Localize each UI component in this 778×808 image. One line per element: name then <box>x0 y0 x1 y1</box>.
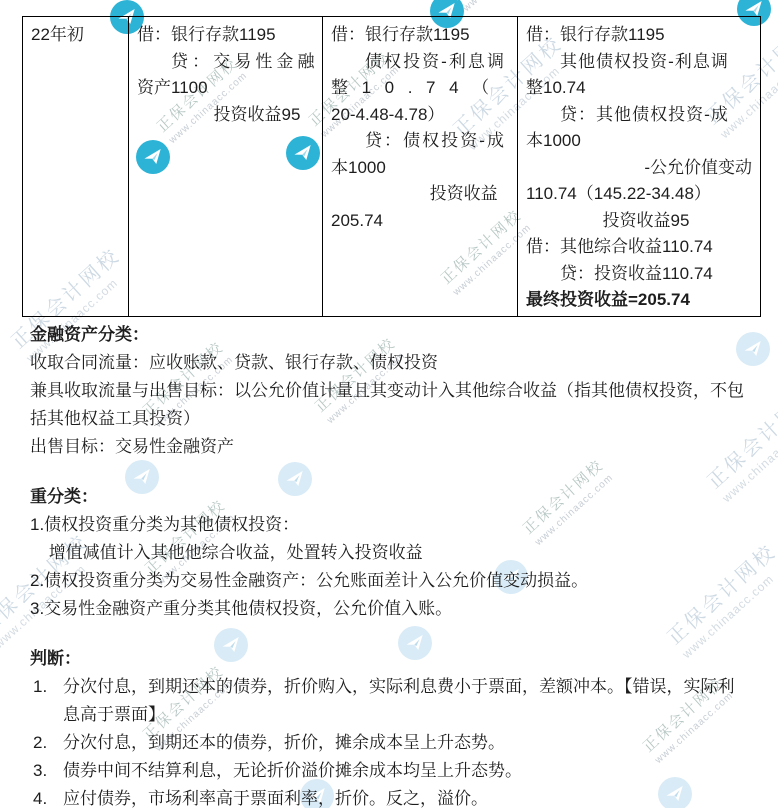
journal-line: 投资收益95 <box>526 208 752 235</box>
table-row: 22年初 借：银行存款1195 贷：交易性金融 资产1100 投资收益95 借：… <box>23 17 761 317</box>
journal-line: 贷：债权投资-成 <box>331 128 509 155</box>
journal-line: 借：银行存款1195 <box>137 22 314 49</box>
paragraph-line: 3.交易性金融资产重分类其他债权投资，公允价值入账。 <box>30 595 748 623</box>
paragraph-line: 出售目标：交易性金融资产 <box>30 433 748 461</box>
journal-line: 205.74 <box>331 208 509 235</box>
journal-line: 本1000 <box>331 155 509 182</box>
item-text: 分次付息，到期还本的债券，折价购入，实际利息费小于票面，差额冲本。【错误，实际利… <box>63 677 735 724</box>
journal-line: 投资收益 <box>331 181 509 208</box>
entry-cell-trading-asset: 借：银行存款1195 贷：交易性金融 资产1100 投资收益95 <box>129 17 323 317</box>
journal-line: 其他债权投资-利息调 <box>526 49 752 76</box>
journal-line: 债权投资-利息调 <box>331 49 509 76</box>
item-text: 应付债券，市场利率高于票面利率，折价。反之，溢价。 <box>63 789 488 808</box>
final-investment-income-line: 最终投资收益=205.74 <box>526 287 752 314</box>
page: { "page": { "background": "#ffffff", "te… <box>0 0 778 808</box>
period-cell: 22年初 <box>23 17 129 317</box>
item-text: 债券中间不结算利息，无论折价溢价摊余成本均呈上升态势。 <box>63 761 522 780</box>
judgement-item: 2. 分次付息，到期还本的债券，折价，摊余成本呈上升态势。 <box>30 729 748 757</box>
journal-line: 贷：投资收益110.74 <box>526 261 752 288</box>
paragraph-line: 2.债权投资重分类为交易性金融资产：公允账面差计入公允价值变动损益。 <box>30 567 748 595</box>
section-reclassification: 重分类： 1.债权投资重分类为其他债权投资： 增值减值计入其他他综合收益，处置转… <box>30 483 748 623</box>
item-text: 分次付息，到期还本的债券，折价，摊余成本呈上升态势。 <box>63 733 505 752</box>
paragraph-line: 收取合同流量：应收账款、贷款、银行存款、债权投资 <box>30 349 748 377</box>
paragraph-line: 1.债权投资重分类为其他债权投资： <box>30 511 748 539</box>
journal-line: 借：银行存款1195 <box>526 22 752 49</box>
entry-cell-debt-investment: 借：银行存款1195 债权投资-利息调 整10.74（ 20-4.48-4.78… <box>323 17 518 317</box>
item-number: 4. <box>33 785 47 808</box>
document-content: 22年初 借：银行存款1195 贷：交易性金融 资产1100 投资收益95 借：… <box>0 0 778 808</box>
section-classification: 金融资产分类： 收取合同流量：应收账款、贷款、银行存款、债权投资 兼具收取流量与… <box>30 321 748 461</box>
paragraph-line: 增值减值计入其他他综合收益，处置转入投资收益 <box>30 539 748 567</box>
notes-content: 金融资产分类： 收取合同流量：应收账款、贷款、银行存款、债权投资 兼具收取流量与… <box>30 321 748 808</box>
journal-line: 20-4.48-4.78） <box>331 102 509 129</box>
judgement-item: 1. 分次付息，到期还本的债券，折价购入，实际利息费小于票面，差额冲本。【错误，… <box>30 673 748 729</box>
paragraph-line: 兼具收取流量与出售目标：以公允价值计量且其变动计入其他综合收益（指其他债权投资，… <box>30 377 748 433</box>
period-label: 22年初 <box>31 22 120 49</box>
section-heading: 金融资产分类： <box>30 321 748 349</box>
journal-line: 投资收益95 <box>137 102 314 129</box>
journal-line: 贷：交易性金融 <box>137 49 314 76</box>
item-number: 3. <box>33 757 47 785</box>
journal-line: 本1000 <box>526 128 752 155</box>
judgement-item: 4. 应付债券，市场利率高于票面利率，折价。反之，溢价。 <box>30 785 748 808</box>
journal-line: 借：银行存款1195 <box>331 22 509 49</box>
judgement-list: 1. 分次付息，到期还本的债券，折价购入，实际利息费小于票面，差额冲本。【错误，… <box>30 673 748 808</box>
journal-line: 借：其他综合收益110.74 <box>526 234 752 261</box>
section-heading: 判断： <box>30 645 748 673</box>
judgement-item: 3. 债券中间不结算利息，无论折价溢价摊余成本均呈上升态势。 <box>30 757 748 785</box>
journal-line: -公允价值变动 <box>526 155 752 182</box>
entry-cell-other-debt-investment: 借：银行存款1195 其他债权投资-利息调 整10.74 贷：其他债权投资-成 … <box>518 17 761 317</box>
journal-line: 整10.74（ <box>331 75 509 102</box>
item-number: 1. <box>33 673 47 701</box>
journal-line: 整10.74 <box>526 75 752 102</box>
journal-line: 资产1100 <box>137 75 314 102</box>
item-number: 2. <box>33 729 47 757</box>
journal-entries-table: 22年初 借：银行存款1195 贷：交易性金融 资产1100 投资收益95 借：… <box>22 16 761 317</box>
section-heading: 重分类： <box>30 483 748 511</box>
journal-line: 110.74（145.22-34.48） <box>526 181 752 208</box>
section-judgement: 判断： 1. 分次付息，到期还本的债券，折价购入，实际利息费小于票面，差额冲本。… <box>30 645 748 808</box>
journal-line: 贷：其他债权投资-成 <box>526 102 752 129</box>
